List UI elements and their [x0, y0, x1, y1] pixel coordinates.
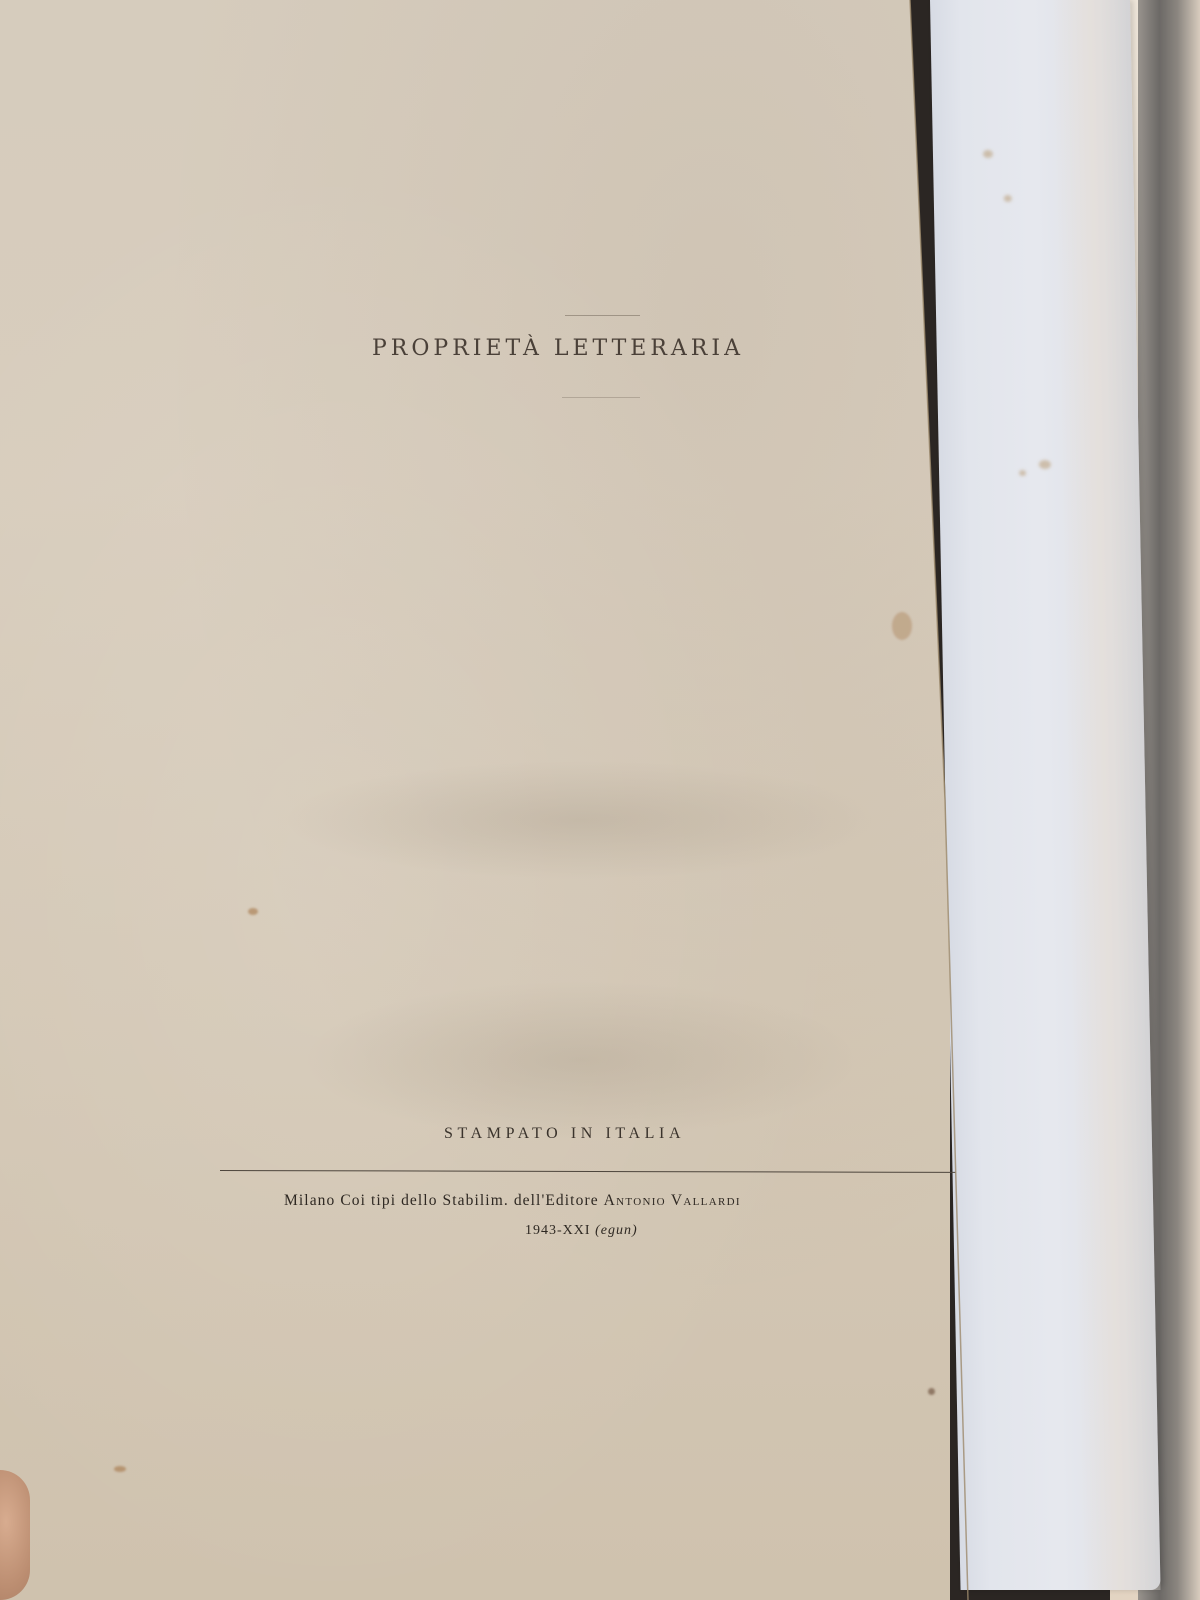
- paper-stain: [114, 1466, 126, 1472]
- foxing-spot: [1004, 195, 1012, 202]
- printed-in-italy: STAMPATO IN ITALIA: [444, 1125, 685, 1143]
- holding-finger: [0, 1470, 30, 1600]
- foxing-spot: [1019, 470, 1026, 476]
- paper-stain: [892, 612, 912, 640]
- paper-wrinkle-shadow: [300, 980, 860, 1140]
- publisher-last-name: Vallardi: [671, 1192, 741, 1209]
- foxing-spot: [1039, 460, 1051, 469]
- printer-imprint: Milano Coi tipi dello Stabilim. dell'Edi…: [284, 1192, 741, 1210]
- imprint-year-value: 1943: [525, 1223, 557, 1238]
- imprint-rule: [220, 1170, 960, 1173]
- heading-bottom-rule: [562, 397, 640, 398]
- imprint-text: Coi tipi dello Stabilim. dell'Editore: [340, 1192, 598, 1209]
- paper-stain: [248, 908, 258, 915]
- heading-top-rule: [565, 315, 640, 316]
- copyright-heading: PROPRIETÀ LETTERARIA: [372, 336, 744, 361]
- tissue-guard-strip: [930, 0, 1161, 1590]
- photo-scene: PROPRIETÀ LETTERARIA STAMPATO IN ITALIA …: [0, 0, 1200, 1600]
- imprint-code: (egun): [595, 1223, 638, 1238]
- imprint-city: Milano: [284, 1192, 335, 1209]
- paper-stain: [928, 1388, 935, 1395]
- imprint-era: XXI: [563, 1223, 591, 1238]
- paper-wrinkle-shadow: [280, 760, 880, 880]
- imprint-date: 1943-XXI (egun): [525, 1223, 638, 1239]
- foxing-spot: [983, 150, 993, 158]
- book-page: PROPRIETÀ LETTERARIA STAMPATO IN ITALIA …: [0, 0, 950, 1600]
- publisher-first-name: Antonio: [604, 1192, 666, 1209]
